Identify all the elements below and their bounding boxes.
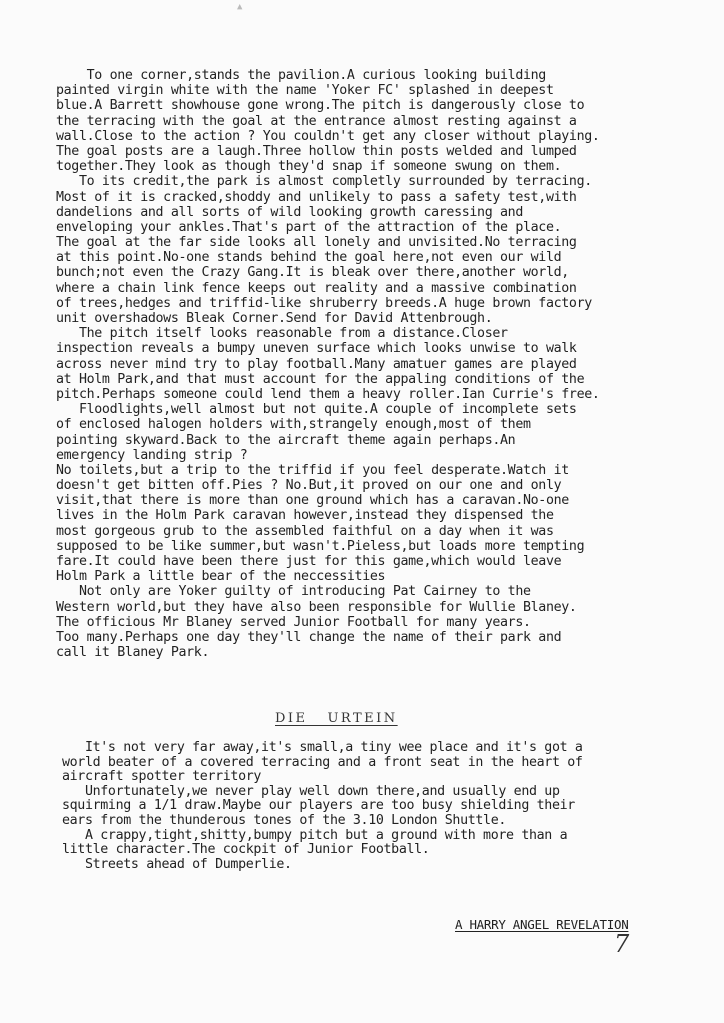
document-page: ▲ To one corner,stands the pavilion.A cu… (0, 0, 724, 1023)
text-line: The pitch itself looks reasonable from a… (56, 326, 716, 341)
text-line: pointing skyward.Back to the aircraft th… (56, 433, 716, 448)
text-line: bunch;not even the Crazy Gang.It is blea… (56, 265, 716, 280)
text-line: doesn't get bitten off.Pies ? No.But,it … (56, 478, 716, 493)
text-line: little character.The cockpit of Junior F… (62, 843, 722, 858)
text-line: fare.It could have been there just for t… (56, 554, 716, 569)
text-line: supposed to be like summer,but wasn't.Pi… (56, 539, 716, 554)
text-line: To one corner,stands the pavilion.A curi… (56, 68, 716, 83)
text-line: of trees,hedges and triffid-like shruber… (56, 296, 716, 311)
text-line: The officious Mr Blaney served Junior Fo… (56, 615, 716, 630)
text-line: ears from the thunderous tones of the 3.… (62, 814, 722, 829)
text-line: Floodlights,well almost but not quite.A … (56, 402, 716, 417)
section-heading: DIE URTEIN (275, 711, 398, 726)
text-line: the terracing with the goal at the entra… (56, 114, 716, 129)
text-line: call it Blaney Park. (56, 645, 716, 660)
text-line: aircraft spotter territory (62, 770, 722, 785)
text-line: enveloping your ankles.That's part of th… (56, 220, 716, 235)
text-line: world beater of a covered terracing and … (62, 756, 722, 771)
text-line: Holm Park a little bear of the neccessit… (56, 569, 716, 584)
text-line: of enclosed halogen holders with,strange… (56, 417, 716, 432)
text-line: across never mind try to play football.M… (56, 357, 716, 372)
text-line: inspection reveals a bumpy uneven surfac… (56, 341, 716, 356)
text-line: together.They look as though they'd snap… (56, 159, 716, 174)
text-line: blue.A Barrett showhouse gone wrong.The … (56, 98, 716, 113)
page-number: 7 (614, 930, 629, 958)
text-line: Western world,but they have also been re… (56, 600, 716, 615)
text-line: unit overshadows Bleak Corner.Send for D… (56, 311, 716, 326)
text-line: To its credit,the park is almost complet… (56, 174, 716, 189)
text-line: No toilets,but a trip to the triffid if … (56, 463, 716, 478)
text-line: A crappy,tight,shitty,bumpy pitch but a … (62, 829, 722, 844)
text-line: visit,that there is more than one ground… (56, 493, 716, 508)
text-line: most gorgeous grub to the assembled fait… (56, 524, 716, 539)
text-line: where a chain link fence keeps out reali… (56, 281, 716, 296)
author-credit: A HARRY ANGEL REVELATION (455, 917, 628, 932)
text-line: Unfortunately,we never play well down th… (62, 785, 722, 800)
text-line: at Holm Park,and that must account for t… (56, 372, 716, 387)
text-line: at this point.No-one stands behind the g… (56, 250, 716, 265)
text-line: wall.Close to the action ? You couldn't … (56, 129, 716, 144)
text-line: pitch.Perhaps someone could lend them a … (56, 387, 716, 402)
text-line: The goal posts are a laugh.Three hollow … (56, 144, 716, 159)
text-line: Not only are Yoker guilty of introducing… (56, 584, 716, 599)
text-line: painted virgin white with the name 'Yoke… (56, 83, 716, 98)
text-line: The goal at the far side looks all lonel… (56, 235, 716, 250)
scan-mark: ▲ (237, 2, 242, 12)
article-body: To one corner,stands the pavilion.A curi… (56, 68, 716, 660)
text-line: squirming a 1/1 draw.Maybe our players a… (62, 799, 722, 814)
text-line: Too many.Perhaps one day they'll change … (56, 630, 716, 645)
verdict-body: It's not very far away,it's small,a tiny… (62, 741, 722, 872)
text-line: Streets ahead of Dumperlie. (62, 858, 722, 873)
text-line: lives in the Holm Park caravan however,i… (56, 508, 716, 523)
text-line: emergency landing strip ? (56, 448, 716, 463)
text-line: dandelions and all sorts of wild looking… (56, 205, 716, 220)
text-line: It's not very far away,it's small,a tiny… (62, 741, 722, 756)
text-line: Most of it is cracked,shoddy and unlikel… (56, 190, 716, 205)
